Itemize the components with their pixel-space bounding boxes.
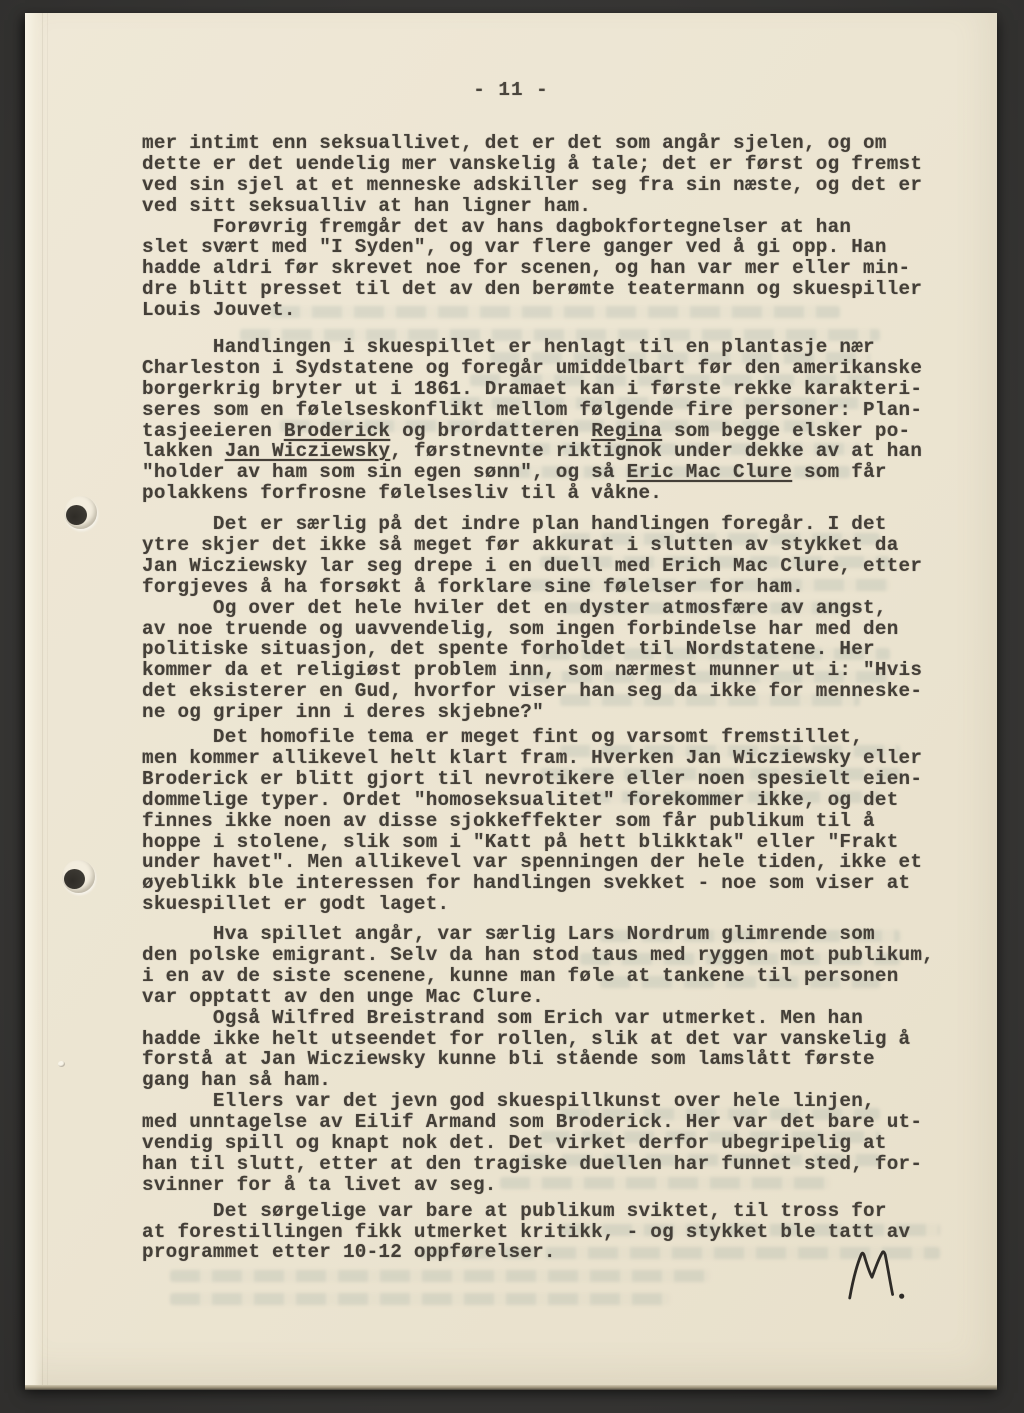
text-line: vendig spill og knapt nok det. Det virke… [142,1133,972,1154]
document-page: - 11 - mer intimt enn seksuallivet, det … [25,13,997,1386]
text-line: Hva spillet angår, var særlig Lars Nordr… [142,924,972,945]
text-line: han til slutt, etter at den tragiske due… [142,1154,972,1175]
text-line: Broderick er blitt gjort til nevrotikere… [142,769,972,790]
typewritten-text: mer intimt enn seksuallivet, det er det … [142,133,972,1263]
text-line: Det homofile tema er meget fint og varso… [142,727,972,748]
paragraph: Det homofile tema er meget fint og varso… [142,727,972,915]
bleed-through-smudge [170,1293,670,1305]
text-line: dre blitt presset til det av den berømte… [142,279,972,300]
photograph-mat-background: { "page": { "page_number": "- 11 -", "si… [0,0,1024,1413]
text-line: lakken Jan Wicziewsky, førstnevnte rikti… [142,441,972,462]
text-line: øyeblikk ble interessen for handlingen s… [142,873,972,894]
text-line: gang han så ham. [142,1070,972,1091]
text-line: i en av de siste scenene, kunne man føle… [142,966,972,987]
text-line: seres som en følelseskonflikt mellom føl… [142,400,972,421]
text-line: Og over det hele hviler det en dyster at… [142,598,972,619]
text-line: under havet". Men allikevel var spenning… [142,852,972,873]
text-line: men kommer allikevel helt klart fram. Hv… [142,748,972,769]
handwritten-m-icon [842,1244,914,1310]
text-line: Charleston i Sydstatene og foregår umidd… [142,358,972,379]
text-line: forgjeves å ha forsøkt å forklare sine f… [142,577,972,598]
text-line: hoppe i stolene, slik som i "Katt på het… [142,832,972,853]
text-line: skuespillet er godt laget. [142,894,972,915]
paragraph: Det er særlig på det indre plan handling… [142,514,972,598]
text-line: det eksisterer en Gud, hvorfor viser han… [142,681,972,702]
text-line: ytre skjer det ikke så meget før akkurat… [142,535,972,556]
paragraph: Og over det hele hviler det en dyster at… [142,598,972,723]
text-line: at forestillingen fikk utmerket kritikk,… [142,1222,972,1243]
text-line: "holder av ham som sin egen sønn", og så… [142,462,972,483]
text-line: dommelige typer. Ordet "homoseksualitet"… [142,790,972,811]
text-line: den polske emigrant. Selv da han stod ta… [142,945,972,966]
text-line: Det sørgelige var bare at publikum svikt… [142,1201,972,1222]
text-line: polakkens forfrosne følelsesliv til å vå… [142,483,972,504]
text-line: Handlingen i skuespillet er henlagt til … [142,337,972,358]
text-line: finnes ikke noen av disse sjokkeffekter … [142,811,972,832]
text-line: Forøvrig fremgår det av hans dagbokforte… [142,217,972,238]
text-line: hadde aldri før skrevet noe for scenen, … [142,258,972,279]
text-line: Det er særlig på det indre plan handling… [142,514,972,535]
text-line: med unntagelse av Eilif Armand som Brode… [142,1112,972,1133]
text-line: Jan Wicziewsky lar seg drepe i en duell … [142,556,972,577]
text-line: Ellers var det jevn god skuespillkunst o… [142,1091,972,1112]
text-line: kommer da et religiøst problem inn, som … [142,660,972,681]
text-line: Også Wilfred Breistrand som Erich var ut… [142,1008,972,1029]
text-line: hadde ikke helt utseendet for rollen, sl… [142,1029,972,1050]
text-line: borgerkrig bryter ut i 1861. Dramaet kan… [142,379,972,400]
paragraph: Forøvrig fremgår det av hans dagbokforte… [142,217,972,321]
text-line: ne og griper inn i deres skjebne?" [142,702,972,723]
text-line: ved sitt seksualliv at han ligner ham. [142,196,972,217]
paragraph: Ellers var det jevn god skuespillkunst o… [142,1091,972,1195]
punch-hole-top [64,496,97,529]
text-line: av noe truende og uavvendelig, som ingen… [142,619,972,640]
paragraph: Handlingen i skuespillet er henlagt til … [142,337,972,504]
page-number: - 11 - [25,79,997,101]
paragraph: mer intimt enn seksuallivet, det er det … [142,133,972,217]
paper-speck [58,1061,65,1067]
text-line: tasjeeieren Broderick og brordatteren Re… [142,421,972,442]
handwritten-initial: M. [842,1244,914,1310]
text-line: Louis Jouvet. [142,300,972,321]
bleed-through-smudge [170,1270,710,1282]
text-line: politiske situasjon, det spente forholde… [142,639,972,660]
paragraph: Også Wilfred Breistrand som Erich var ut… [142,1008,972,1092]
text-line: svinner for å ta livet av seg. [142,1175,972,1196]
paper-crease [47,13,48,1386]
paragraph: Hva spillet angår, var særlig Lars Nordr… [142,924,972,1008]
text-line: var opptatt av den unge Mac Clure. [142,987,972,1008]
text-line: slet svært med "I Syden", og var flere g… [142,237,972,258]
text-line: mer intimt enn seksuallivet, det er det … [142,133,972,154]
text-line: forstå at Jan Wicziewsky kunne bli ståen… [142,1049,972,1070]
text-line: dette er det uendelig mer vanskelig å ta… [142,154,972,175]
punch-hole-bottom [62,860,95,893]
text-line: ved sin sjel at et menneske adskiller se… [142,175,972,196]
page-left-edge [25,13,42,1386]
